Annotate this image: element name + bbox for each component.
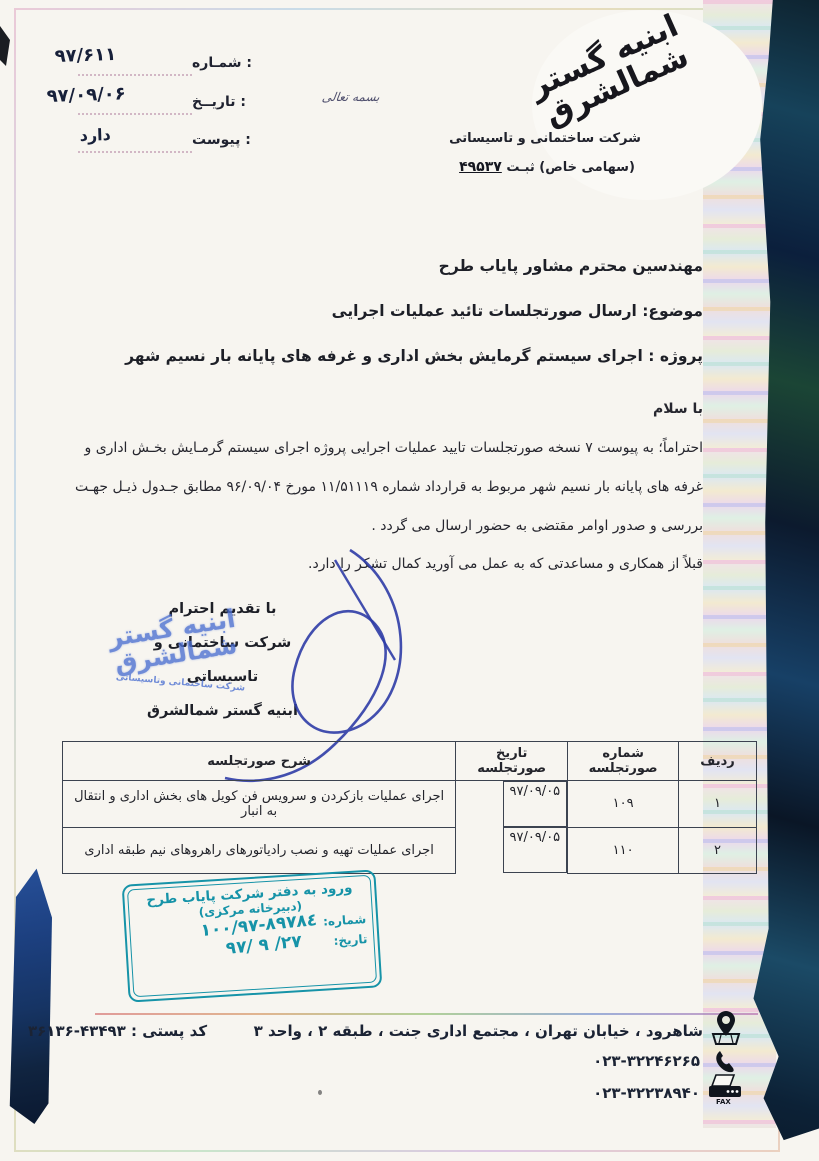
- ref-date-dotted-line: [78, 112, 192, 115]
- footer-separator-line: [95, 1013, 758, 1015]
- fax-icon: FAX: [706, 1074, 744, 1106]
- attachment-dotted-line: [78, 150, 192, 153]
- ref-number-dotted-line: [78, 73, 192, 76]
- company-type-line: شرکت ساختمانی و تاسیساتی: [445, 131, 645, 146]
- attachment-label: پیوست :: [192, 132, 251, 148]
- received-stamp: ورود به دفتر شرکت پایاب طرح (دبیرخانه مر…: [122, 869, 383, 1002]
- table-row: ۱ ۱۰۹ ٩٧/٠٩/٠۵ اجرای عملیات بازکردن و سر…: [63, 781, 757, 828]
- postal-code-value: ۳۶۱۳۶-۴۳۴۹۳: [28, 1022, 126, 1040]
- minutes-description-cell: اجرای عملیات بازکردن و سرویس فن کویل های…: [63, 781, 456, 828]
- scan-artifact-top-left: [0, 26, 10, 66]
- stamp-number-label: شماره:: [323, 912, 367, 929]
- table-header-row: ردیف شماره صورتجلسه تاریخ صورتجلسه شرح ص…: [63, 742, 757, 781]
- stock-type-text: (سهامی خاص): [539, 160, 635, 175]
- fax-number: ۰۲۳-۳۲۲۳۸۹۴۰: [593, 1084, 700, 1102]
- minutes-number-cell: ۱۰۹: [568, 781, 679, 828]
- recipient-line: مهندسین محترم مشاور پایاب طرح: [439, 257, 703, 275]
- stamp-date-label: تاریخ:: [333, 932, 368, 948]
- body-line-1: احتراماً؛ به پیوست ٧ نسخه صورتجلسات تایی…: [85, 440, 704, 456]
- registration-label: ثبـت: [506, 160, 534, 175]
- address-line: شاهرود ، خیابان تهران ، مجتمع اداری جنت …: [254, 1022, 703, 1040]
- table-row: ۲ ۱۱۰ ٩٧/٠٩/٠۵ اجرای عملیات تهیه و نصب ر…: [63, 827, 757, 873]
- minutes-description-cell: اجرای عملیات تهیه و نصب رادیاتورهای راهر…: [63, 827, 456, 873]
- subject-line: موضوع: ارسال صورتجلسات تائید عملیات اجرا…: [332, 302, 703, 320]
- minutes-number-cell: ۱۱۰: [568, 827, 679, 873]
- body-line-3: بررسی و صدور اوامر مقتضی به حضور ارسال م…: [371, 518, 703, 534]
- fax-icon-label: FAX: [716, 1098, 731, 1106]
- ref-date-value: ٩٧/٠٩/٠۶: [46, 83, 126, 107]
- row-index-cell: ۲: [679, 827, 757, 873]
- project-line: پروژه : اجرای سیستم گرمایش بخش اداری و غ…: [125, 347, 703, 365]
- map-pin-icon: [709, 1010, 743, 1048]
- attachment-value: دارد: [79, 125, 111, 145]
- scanned-letter-page: بسمه تعالی شمـاره : ٩٧/۶١١ تاریــخ : ٩٧/…: [0, 0, 819, 1161]
- registration-number: ۴۹۵۳۷: [459, 159, 502, 175]
- ref-number-value: ٩٧/۶١١: [54, 44, 116, 67]
- postal-code-line: کد پستی : ۳۶۱۳۶-۴۳۴۹۳: [28, 1022, 207, 1040]
- minutes-date-cell: ٩٧/٠٩/٠۵: [503, 827, 568, 873]
- postal-code-label: کد پستی :: [131, 1022, 207, 1040]
- minutes-table: ردیف شماره صورتجلسه تاریخ صورتجلسه شرح ص…: [62, 741, 757, 874]
- col-header-minutes-date: تاریخ صورتجلسه: [456, 742, 568, 781]
- body-line-2: غرفه های پایانه بار نسیم شهر مربوط به قر…: [75, 479, 703, 495]
- col-header-minutes-number: شماره صورتجلسه: [568, 742, 679, 781]
- phone-number: ۰۲۳-۳۲۲۴۶۲۶۵: [593, 1052, 700, 1070]
- row-index-cell: ۱: [679, 781, 757, 828]
- bismillah-text: بسمه تعالی: [321, 90, 381, 104]
- company-registration-line: (سهامی خاص) ثبـت ۴۹۵۳۷: [438, 159, 656, 175]
- ref-number-label: شمـاره :: [192, 55, 252, 71]
- col-header-minutes-description: شرح صورتجلسه: [63, 742, 456, 781]
- ref-date-label: تاریــخ :: [192, 94, 246, 110]
- phone-icon: [714, 1050, 736, 1074]
- ink-dot: [318, 1090, 322, 1095]
- minutes-date-cell: ٩٧/٠٩/٠۵: [503, 781, 568, 827]
- col-header-row-number: ردیف: [679, 742, 757, 781]
- salutation: با سلام: [653, 401, 703, 417]
